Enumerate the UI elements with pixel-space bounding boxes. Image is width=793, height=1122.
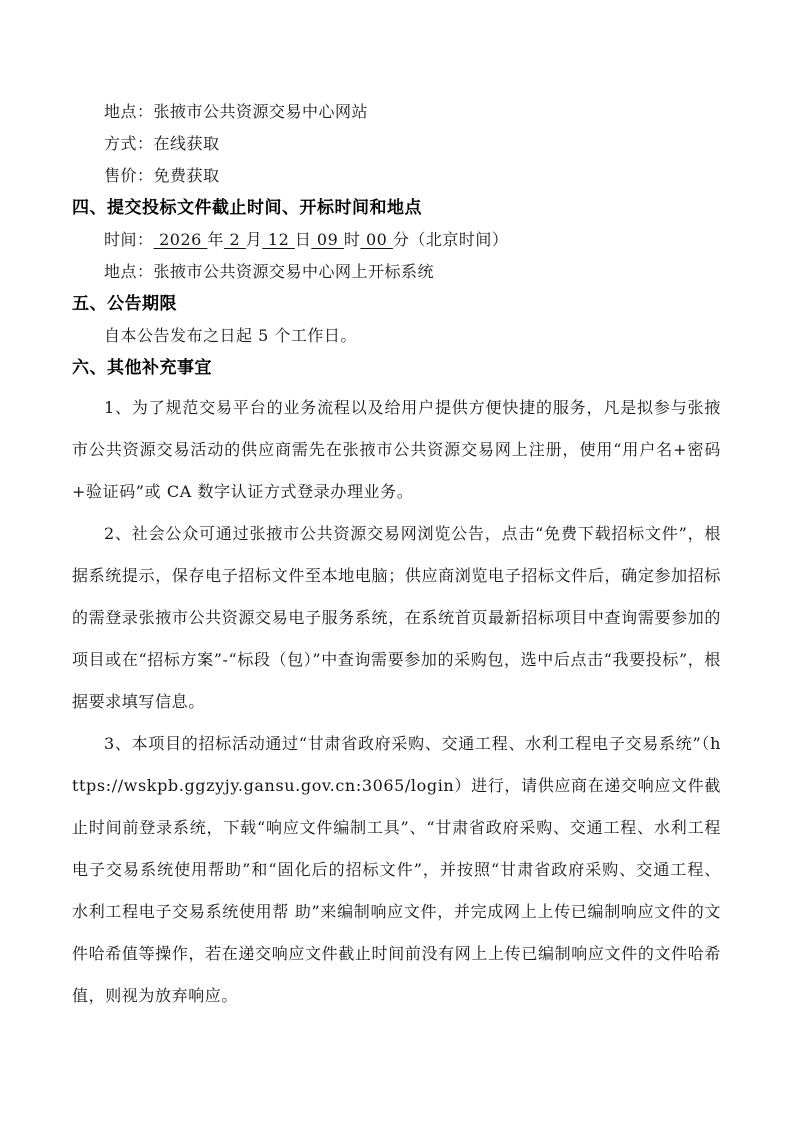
section6-body: 1、为了规范交易平台的业务流程以及给用户提供方便快捷的服务，凡是拟参与张掖市公共… <box>72 387 721 1017</box>
time-day-unit: 日 <box>295 230 312 249</box>
time-label: 时间： <box>104 230 154 249</box>
time-hour-unit: 时 <box>344 230 361 249</box>
time-year-unit: 年 <box>207 230 224 249</box>
doc-line-obtain-method: 方式：在线获取 <box>72 128 721 160</box>
section5-heading: 五、公告期限 <box>72 288 721 320</box>
section6-paragraph-2: 2、社会公众可通过张掖市公共资源交易网浏览公告，点击“免费下载招标文件”，根据系… <box>72 513 721 723</box>
section6-paragraph-1: 1、为了规范交易平台的业务流程以及给用户提供方便快捷的服务，凡是拟参与张掖市公共… <box>72 387 721 513</box>
time-month-unit: 月 <box>246 230 263 249</box>
doc-line-deadline-time: 时间： 2026 年 2 月 12 日 09 时 00 分（北京时间） <box>72 224 721 256</box>
time-minute-unit: 分（北京时间） <box>393 230 509 249</box>
document-content: 地点：张掖市公共资源交易中心网站 方式：在线获取 售价：免费获取 四、提交投标文… <box>72 96 721 1017</box>
time-year-value: 2026 <box>154 230 208 249</box>
time-month-value: 2 <box>224 230 246 249</box>
doc-line-obtain-location: 地点：张掖市公共资源交易中心网站 <box>72 96 721 128</box>
time-minute-value: 00 <box>360 230 393 249</box>
doc-line-obtain-price: 售价：免费获取 <box>72 160 721 192</box>
time-hour-value: 09 <box>311 230 344 249</box>
time-day-value: 12 <box>262 230 295 249</box>
doc-line-open-bid-location: 地点：张掖市公共资源交易中心网上开标系统 <box>72 256 721 288</box>
doc-line-announcement-period: 自本公告发布之日起 5 个工作日。 <box>72 320 721 352</box>
document-page: 地点：张掖市公共资源交易中心网站 方式：在线获取 售价：免费获取 四、提交投标文… <box>0 0 793 1122</box>
section6-paragraph-3: 3、本项目的招标活动通过“甘肃省政府采购、交通工程、水利工程电子交易系统”（ht… <box>72 723 721 1017</box>
section4-heading: 四、提交投标文件截止时间、开标时间和地点 <box>72 192 721 224</box>
section6-heading: 六、其他补充事宜 <box>72 352 721 384</box>
